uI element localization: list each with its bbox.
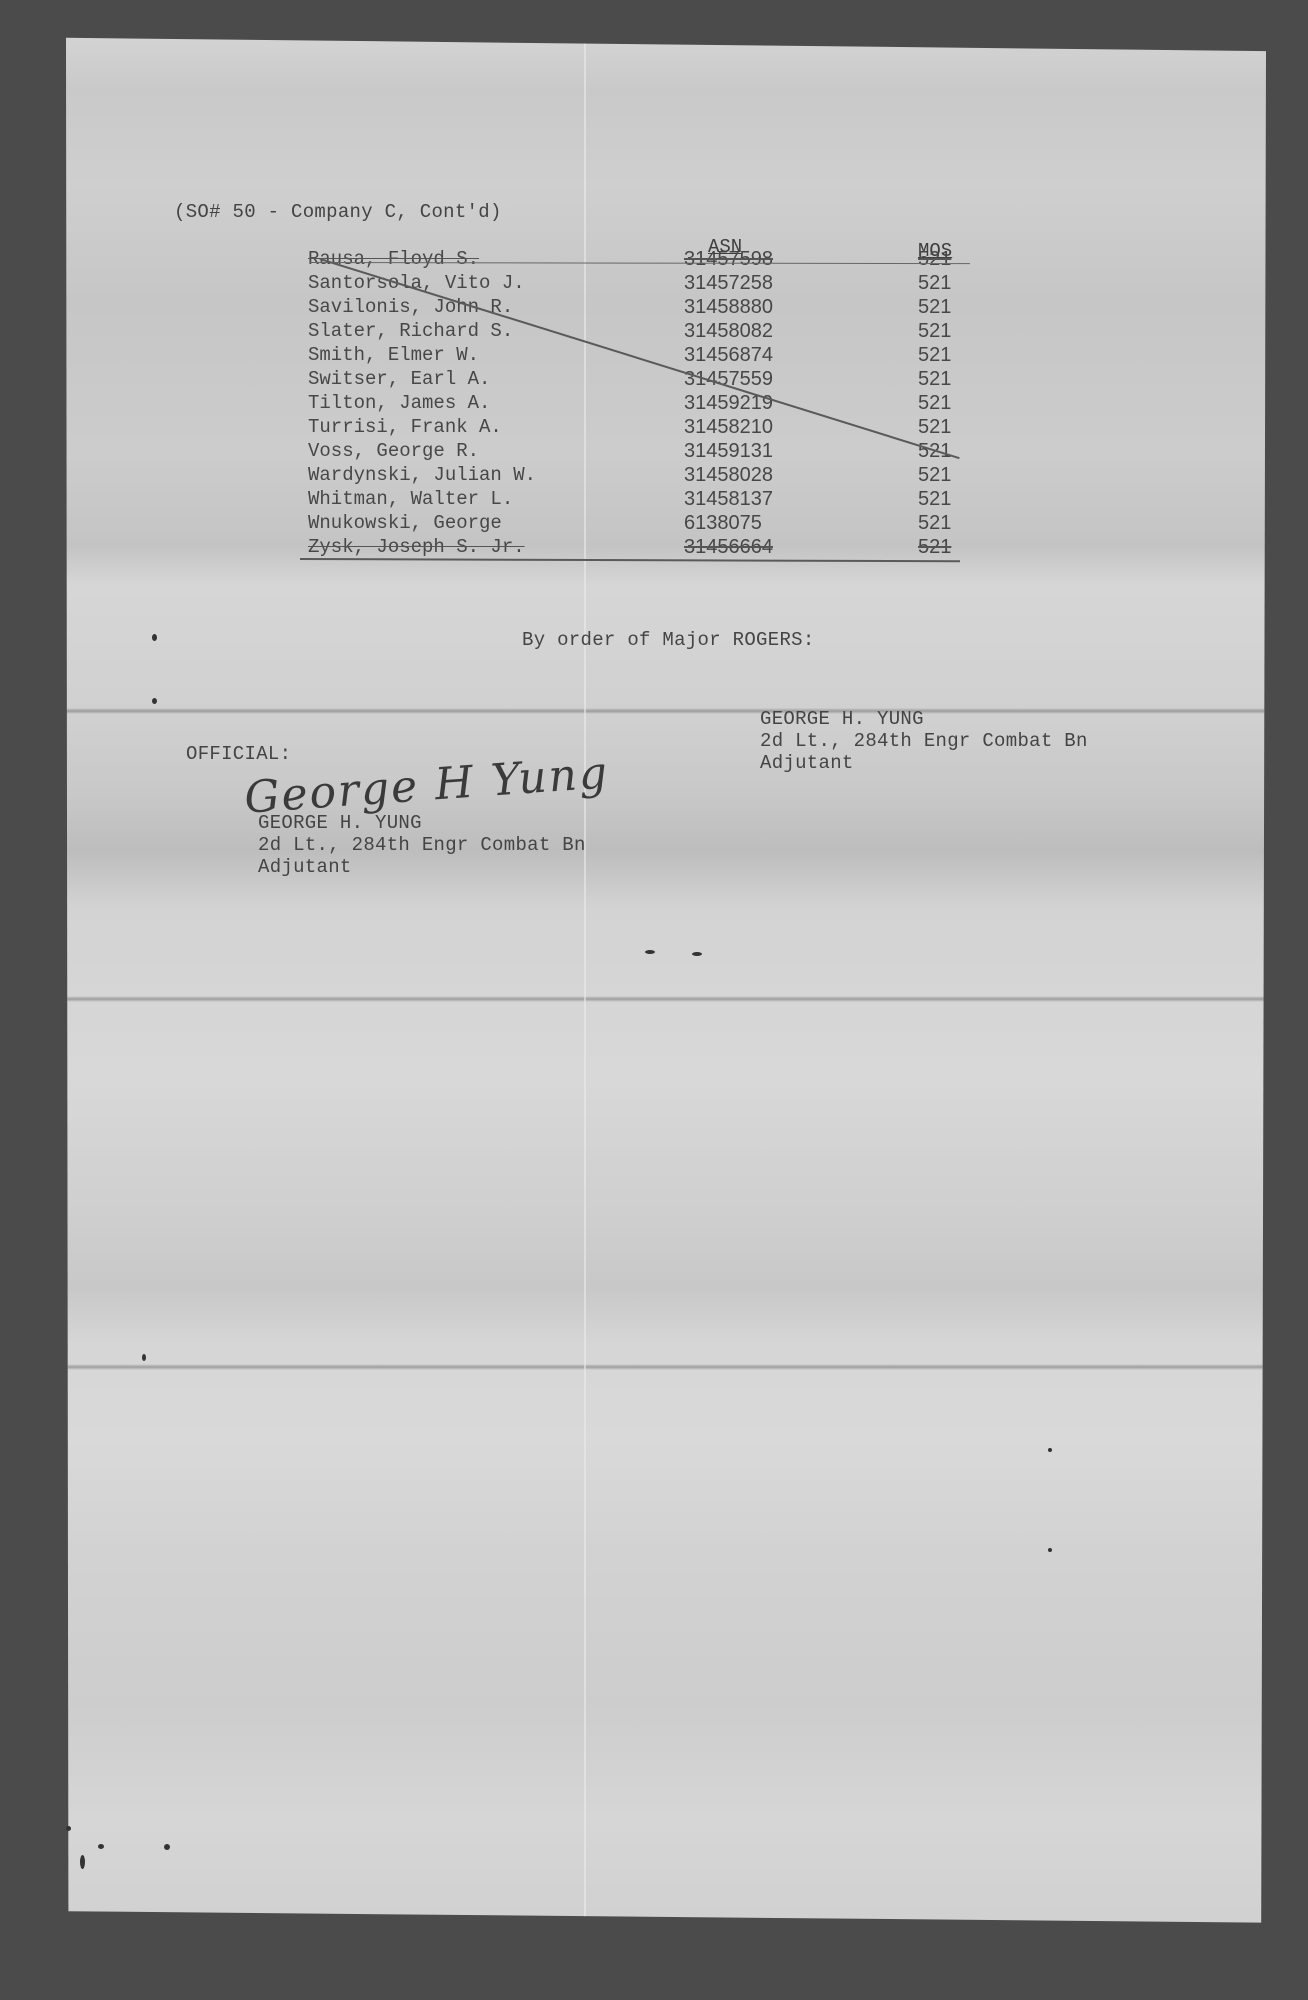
roster-mos: 521 [918,488,951,511]
roster-name: Wardynski, Julian W. [308,464,536,486]
official-label: OFFICIAL: [186,742,291,766]
punch-mark [152,698,157,704]
roster-name: Whitman, Walter L. [308,488,513,510]
roster-row: Santorsola, Vito J. 31457258 521 [308,272,968,296]
roster-name: Voss, George R. [308,440,479,462]
roster-asn: 31456664 [684,536,773,559]
order-authority-line: By order of Major ROGERS: [522,628,815,652]
roster-mos: 521 [918,272,951,295]
roster-name: Slater, Richard S. [308,320,513,342]
roster-name: Wnukowski, George [308,512,502,534]
roster-row: Smith, Elmer W. 31456874 521 [308,344,968,368]
roster-asn: 31458137 [684,488,773,511]
roster-asn: 31458028 [684,464,773,487]
roster-row: Rausa, Floyd S. 31457598 521 [308,248,968,272]
signatory-title: Adjutant [258,856,586,878]
roster-row: Tilton, James A. 31459219 521 [308,392,968,416]
roster-mos: 521 [918,320,951,343]
signatory-name: GEORGE H. YUNG [760,708,1088,730]
roster-mos: 521 [918,248,951,271]
roster-asn: 31458210 [684,416,773,439]
roster-row: Zysk, Joseph S. Jr. 31456664 521 [308,536,968,560]
roster-mos: 521 [918,368,951,391]
punch-mark [164,1844,170,1850]
punch-mark [142,1354,146,1361]
signatory-rank: 2d Lt., 284th Engr Combat Bn [258,834,586,856]
document-header: (SO# 50 - Company C, Cont'd) [174,200,502,224]
punch-mark [1048,1448,1052,1452]
roster-name: Santorsola, Vito J. [308,272,525,294]
roster-name: Rausa, Floyd S. [308,248,479,270]
roster-mos: 521 [918,536,951,559]
roster-mos: 521 [918,464,951,487]
punch-mark [152,634,157,641]
punch-mark [98,1844,104,1849]
roster-mos: 521 [918,416,951,439]
roster-row: Switser, Earl A. 31457559 521 [308,368,968,392]
roster-name: Smith, Elmer W. [308,344,479,366]
roster-row: Whitman, Walter L. 31458137 521 [308,488,968,512]
roster-name: Switser, Earl A. [308,368,490,390]
roster-asn: 31458082 [684,320,773,343]
roster-asn: 31458880 [684,296,773,319]
signatory-rank: 2d Lt., 284th Engr Combat Bn [760,730,1088,752]
roster-name: Turrisi, Frank A. [308,416,502,438]
punch-mark [66,1826,71,1831]
signatory-name: GEORGE H. YUNG [258,812,586,834]
roster-asn: 6138075 [684,512,762,535]
roster-mos: 521 [918,392,951,415]
roster-name: Savilonis, John R. [308,296,513,318]
signature-block-right: GEORGE H. YUNG2d Lt., 284th Engr Combat … [760,708,1088,774]
punch-mark [1048,1548,1052,1552]
fold-line [66,1364,1266,1370]
roster-name: Tilton, James A. [308,392,490,414]
punch-mark [645,950,655,954]
personnel-roster: Rausa, Floyd S. 31457598 521 Santorsola,… [308,248,968,560]
punch-mark [692,952,702,956]
roster-mos: 521 [918,296,951,319]
roster-asn: 31457258 [684,272,773,295]
roster-asn: 31456874 [684,344,773,367]
roster-name: Zysk, Joseph S. Jr. [308,536,525,558]
roster-mos: 521 [918,512,951,535]
roster-row: Wnukowski, George 6138075 521 [308,512,968,536]
roster-row: Wardynski, Julian W. 31458028 521 [308,464,968,488]
roster-asn: 31457598 [684,248,773,271]
roster-row: Slater, Richard S. 31458082 521 [308,320,968,344]
fold-line [66,996,1266,1002]
roster-row: Savilonis, John R. 31458880 521 [308,296,968,320]
punch-mark [80,1855,85,1869]
signatory-title: Adjutant [760,752,1088,774]
roster-asn: 31459131 [684,440,773,463]
signature-block-left: GEORGE H. YUNG2d Lt., 284th Engr Combat … [258,812,586,878]
roster-mos: 521 [918,344,951,367]
roster-row: Voss, George R. 31459131 521 [308,440,968,464]
